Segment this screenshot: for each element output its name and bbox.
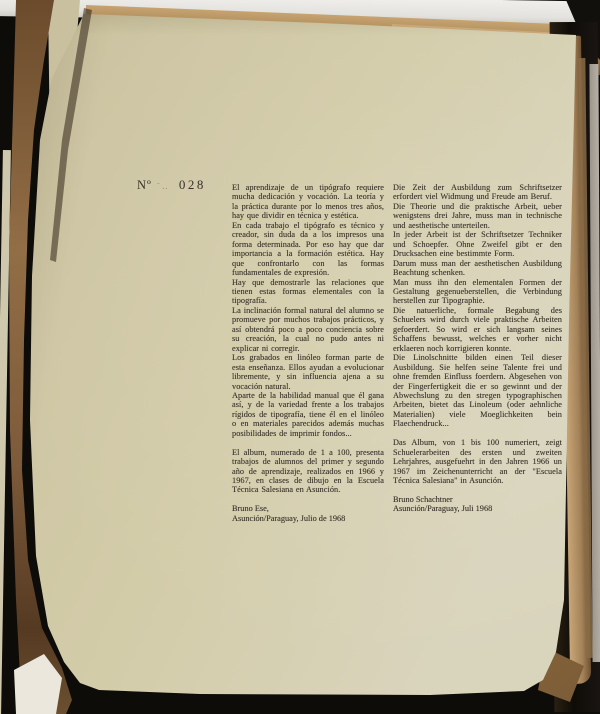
album-paragraph: Das Album, von 1 bis 100 numeriert, zeig… xyxy=(393,438,562,485)
signature-date: Asunción/Paraguay, Julio de 1968 xyxy=(232,514,384,523)
numero-label: Nº xyxy=(137,178,152,193)
paragraph: Aparte de la habilidad manual que él gan… xyxy=(232,391,384,438)
text-columns: El aprendizaje de un tipógrafo requiere … xyxy=(232,183,562,523)
page-number-value: 028 xyxy=(179,177,206,193)
page-number: Nº ˉ‥ 028 xyxy=(137,177,206,193)
signature-name: Bruno Ese, xyxy=(232,504,384,513)
text-column-spanish: El aprendizaje de un tipógrafo requiere … xyxy=(232,183,384,523)
signature-date: Asunción/Paraguay, Juli 1968 xyxy=(393,504,562,513)
signature-block: Bruno Ese, Asunción/Paraguay, Julio de 1… xyxy=(232,504,384,523)
pencil-marks: ˉ‥ xyxy=(157,181,170,192)
signature-block: Bruno Schachtner Asunción/Paraguay, Juli… xyxy=(393,495,562,514)
paragraph: En cada trabajo el tipógrafo es técnico … xyxy=(232,221,384,278)
paragraph: Die Zeit der Ausbildung zum Schriftsetze… xyxy=(393,183,562,202)
facing-page-left-sliver xyxy=(0,150,11,714)
text-column-german: Die Zeit der Ausbildung zum Schriftsetze… xyxy=(393,183,562,523)
book-photo: Nº ˉ‥ 028 El aprendizaje de un tipógrafo… xyxy=(0,0,600,714)
paragraph: La inclinación formal natural del alumno… xyxy=(232,306,384,353)
paragraph: El aprendizaje de un tipógrafo requiere … xyxy=(232,183,384,221)
paragraph: In jeder Arbeit ist der Schriftsetzer Te… xyxy=(393,230,562,258)
printed-content: Nº ˉ‥ 028 El aprendizaje de un tipógrafo… xyxy=(137,176,562,596)
album-paragraph: El album, numerado de 1 a 100, presenta … xyxy=(232,448,384,495)
paragraph: Die Linolschnitte bilden einen Teil dies… xyxy=(393,353,562,429)
paragraph: Los grabados en linóleo forman parte de … xyxy=(232,353,384,391)
paragraph: Darum muss man der aesthetischen Ausbild… xyxy=(393,259,562,278)
paragraph: Die Theorie und die praktische Arbeit, u… xyxy=(393,202,562,230)
paragraph: Hay que demostrarle las relaciones que t… xyxy=(232,278,384,306)
paragraph: Die natuerliche, formale Begabung des Sc… xyxy=(393,306,562,353)
paragraph: Man muss ihn den elementalen Formen der … xyxy=(393,278,562,306)
signature-name: Bruno Schachtner xyxy=(393,495,562,504)
